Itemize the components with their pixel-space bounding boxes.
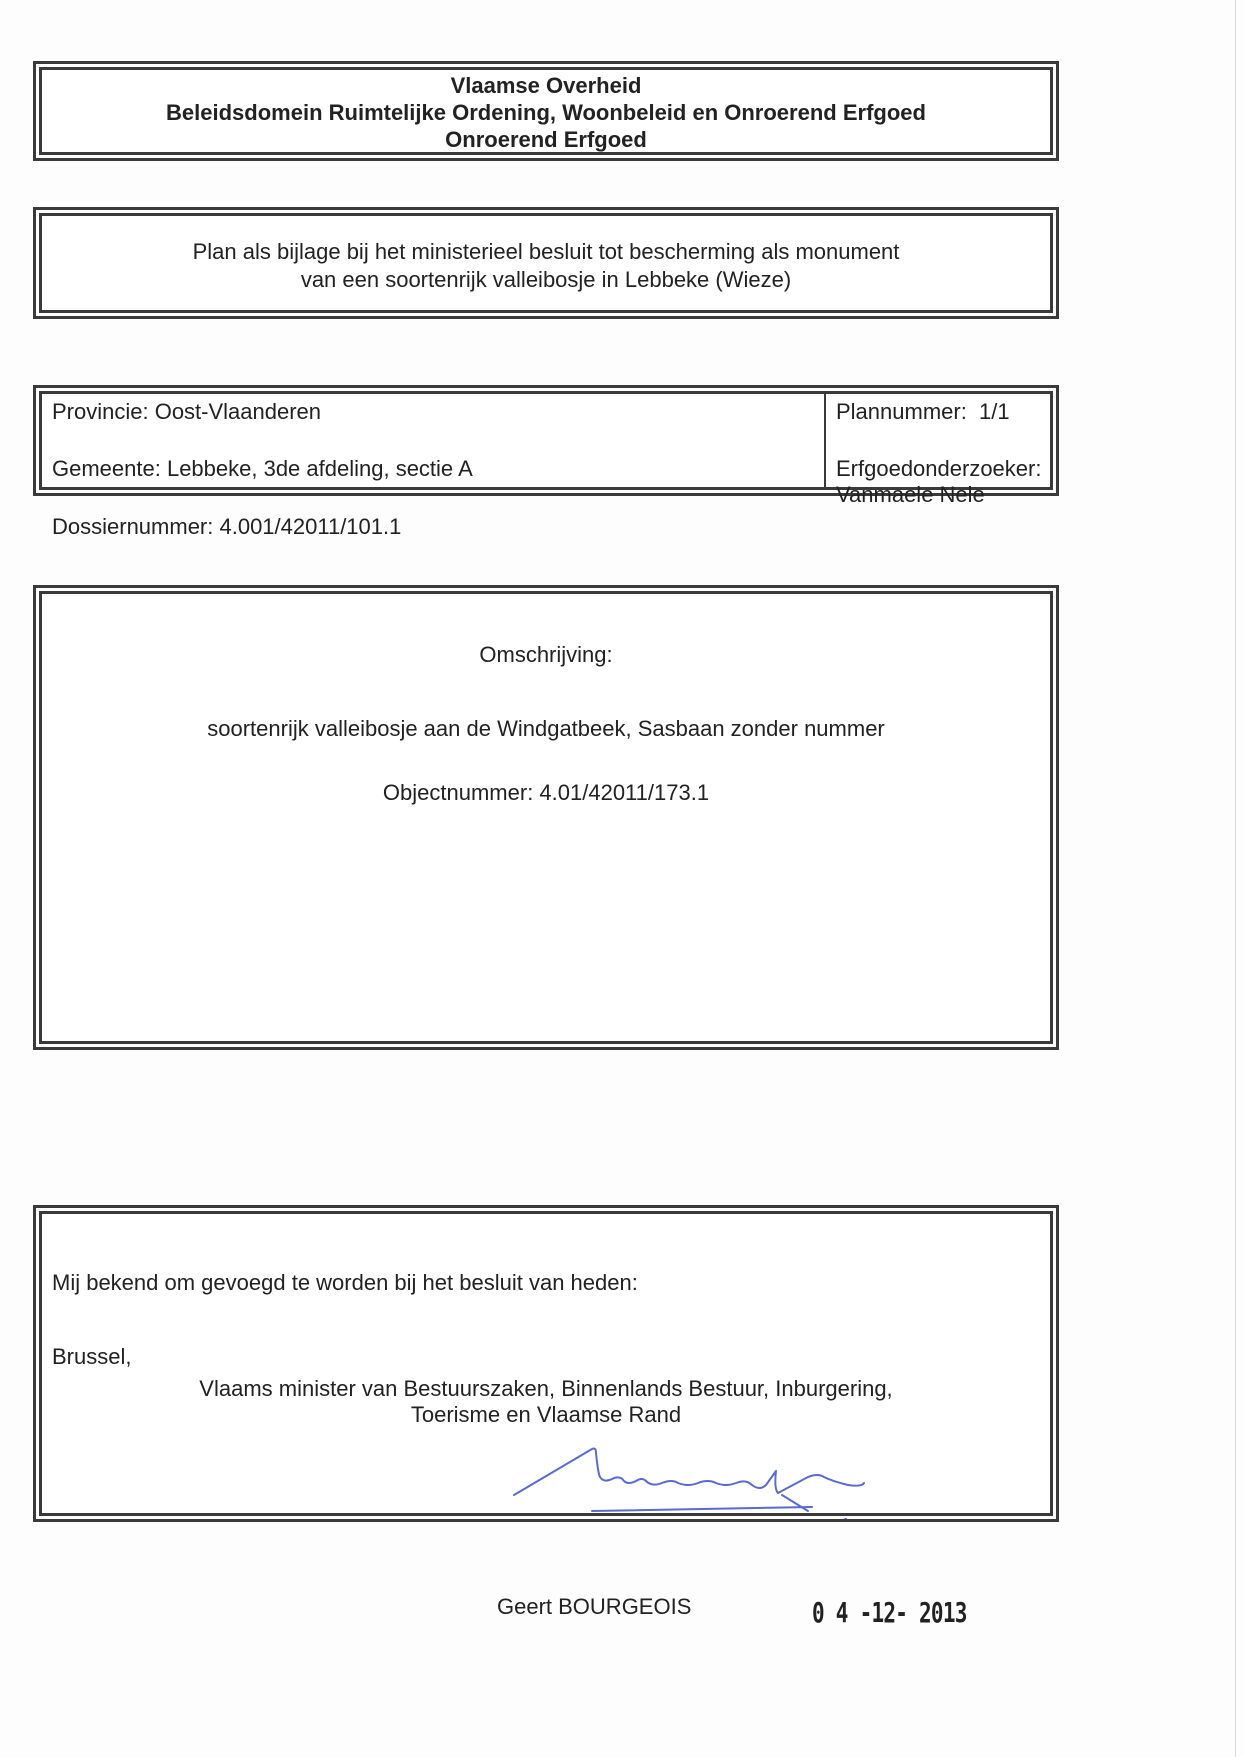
plan-info: Plannummer: 1/1 Erfgoedonderzoeker: Vanm… — [826, 394, 1050, 487]
location-info: Provincie: Oost-Vlaanderen Gemeente: Leb… — [42, 394, 826, 487]
scan-edge — [1235, 0, 1236, 1757]
gemeente-field: Gemeente: Lebbeke, 3de afdeling, sectie … — [52, 456, 473, 482]
minister-title-line-2: Toerisme en Vlaamse Rand — [42, 1402, 1050, 1428]
dossiernummer-field: Dossiernummer: 4.001/42011/101.1 — [52, 514, 401, 540]
plan-title-line-1: Plan als bijlage bij het ministerieel be… — [42, 238, 1050, 266]
description-frame: Omschrijving: soortenrijk valleibosje aa… — [33, 585, 1059, 1050]
description-text: soortenrijk valleibosje aan de Windgatbe… — [42, 716, 1050, 742]
header-line-government: Vlaamse Overheid — [42, 72, 1050, 99]
plan-title-line-2: van een soortenrijk valleibosje in Lebbe… — [42, 266, 1050, 294]
approval-statement: Mij bekend om gevoegd te worden bij het … — [52, 1270, 638, 1296]
header-title: Vlaamse Overheid Beleidsdomein Ruimtelij… — [42, 70, 1050, 153]
signing-place: Brussel, — [52, 1344, 131, 1370]
description-label: Omschrijving: — [42, 642, 1050, 668]
header-frame: Vlaamse Overheid Beleidsdomein Ruimtelij… — [33, 61, 1059, 161]
info-frame: Provincie: Oost-Vlaanderen Gemeente: Leb… — [33, 385, 1059, 496]
minister-name: Geert BOURGEOIS — [497, 1594, 691, 1620]
signature-frame: Mij bekend om gevoegd te worden bij het … — [33, 1205, 1059, 1522]
erfgoedonderzoeker-field: Erfgoedonderzoeker: Vanmaele Nele — [836, 456, 1041, 508]
objectnummer-field: Objectnummer: 4.01/42011/173.1 — [42, 780, 1050, 806]
header-line-agency: Onroerend Erfgoed — [42, 126, 1050, 153]
plan-title-frame: Plan als bijlage bij het ministerieel be… — [33, 207, 1059, 319]
erfgoedonderzoeker-label: Erfgoedonderzoeker: — [836, 456, 1041, 482]
date-stamp: 0 4 -12- 2013 — [812, 1596, 967, 1629]
header-line-domain: Beleidsdomein Ruimtelijke Ordening, Woon… — [42, 99, 1050, 126]
provincie-field: Provincie: Oost-Vlaanderen — [52, 399, 321, 425]
minister-title: Vlaams minister van Bestuurszaken, Binne… — [42, 1376, 1050, 1428]
plan-title: Plan als bijlage bij het ministerieel be… — [42, 216, 1050, 294]
handwritten-signature-icon — [512, 1439, 932, 1519]
plannummer-field: Plannummer: 1/1 — [836, 399, 1010, 425]
erfgoedonderzoeker-name: Vanmaele Nele — [836, 482, 1041, 508]
minister-title-line-1: Vlaams minister van Bestuurszaken, Binne… — [42, 1376, 1050, 1402]
